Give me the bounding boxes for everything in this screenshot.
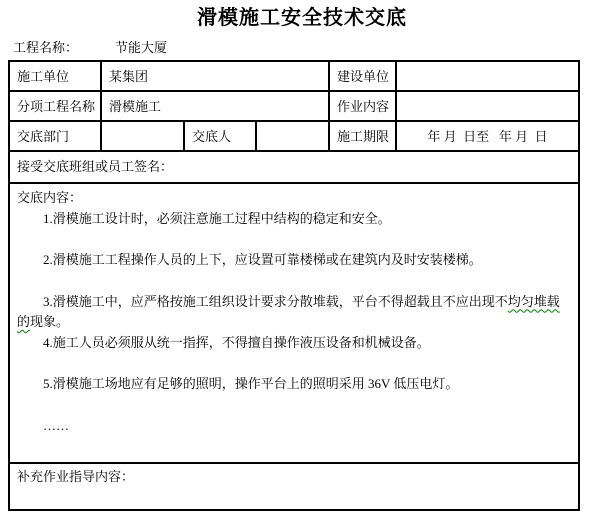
content-line: …… [17,416,570,437]
discloser-value-cell [257,122,330,152]
content-line: 3.滑模施工中，应严格按施工组织设计要求分散堆载，平台不得超载且不应出现不均匀堆… [17,292,570,313]
work-content-label-cell: 作业内容 [330,92,397,122]
work-content-value-cell [397,92,578,122]
construction-period-label-cell: 施工期限 [330,122,397,152]
spellcheck-underline: 均匀堆载 [508,294,560,309]
project-name-value: 节能大厦 [115,37,167,56]
client-unit-label-cell: 建设单位 [330,62,397,92]
construction-period-value-cell: 年 月 日至 年 月 日 [397,122,578,152]
content-line [17,354,570,375]
content-line [17,229,570,250]
disclosure-content-cell: 交底内容：1.滑模施工设计时，必须注意施工过程中结构的稳定和安全。 2.滑模施工… [10,184,578,464]
subproject-name-label-cell: 分项工程名称 [10,92,102,122]
disclosure-dept-label-cell: 交底部门 [10,122,102,152]
construction-unit-label-cell: 施工单位 [10,62,102,92]
content-line: 2.滑模施工工程操作人员的上下，应设置可靠楼梯或在建筑内及时安装楼梯。 [17,250,570,271]
info-table: 施工单位 某集团 建设单位 分项工程名称 滑模施工 作业内容 交底部门 交底人 … [8,60,580,511]
content-line: 交底内容： [17,188,570,209]
discloser-label-cell: 交底人 [185,122,257,152]
supplementary-instructions-cell: 补充作业指导内容： [10,464,578,509]
content-lines: 交底内容：1.滑模施工设计时，必须注意施工过程中结构的稳定和安全。 2.滑模施工… [17,188,570,436]
subproject-name-value-cell: 滑模施工 [102,92,330,122]
content-line: 4.施工人员必须服从统一指挥，不得擅自操作液压设备和机械设备。 [17,333,570,354]
content-line [17,395,570,416]
content-line: 1.滑模施工设计时，必须注意施工过程中结构的稳定和安全。 [17,209,570,230]
construction-unit-value-cell: 某集团 [102,62,330,92]
content-line: 5.滑模施工场地应有足够的照明，操作平台上的照明采用 36V 低压电灯。 [17,374,570,395]
document-page: 滑模施工安全技术交底 工程名称： 节能大厦 施工单位 某集团 建设单位 分项工程… [0,0,604,519]
document-title: 滑模施工安全技术交底 [0,1,604,30]
disclosure-dept-value-cell [102,122,185,152]
project-name-label: 工程名称： [13,37,78,56]
content-line [17,271,570,292]
spellcheck-underline: 的 [17,314,30,329]
signature-row-cell: 接受交底班组或员工签名： [10,152,578,184]
client-unit-value-cell [397,62,578,92]
content-line: 的现象。 [17,312,570,333]
